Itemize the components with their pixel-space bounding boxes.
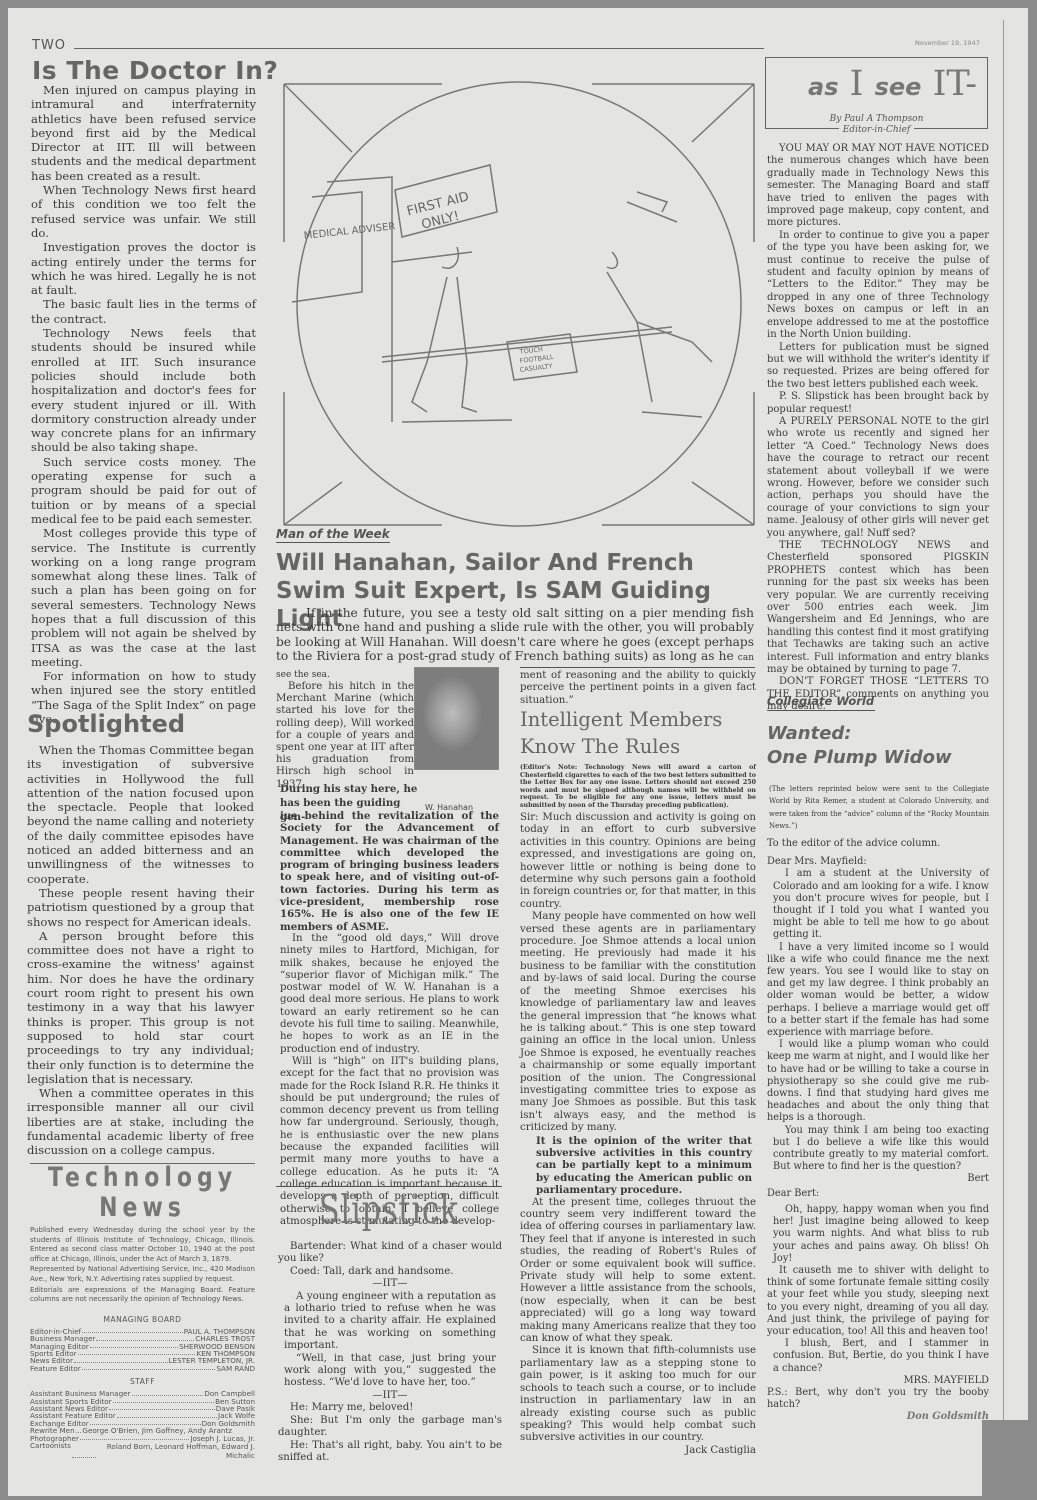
board-row: Feature EditorSAM RAND <box>30 1365 255 1372</box>
paragraph-emphasis: It is the opinion of the writer that sub… <box>520 1135 756 1197</box>
paragraph: Investigation proves the doctor is actin… <box>31 240 256 297</box>
column-byline: By Paul A Thompson Editor-in-Chief <box>765 114 988 136</box>
lead-rule <box>520 667 755 668</box>
title-part: IT- <box>933 64 978 104</box>
editorial-spotlighted-title: Spotlighted <box>27 710 185 738</box>
notice: Editorials are expressions of the Managi… <box>30 1286 255 1305</box>
man-of-week-kicker: Man of the Week <box>276 527 390 543</box>
paragraph: Oh, happy, happy woman when you find her… <box>767 1204 989 1265</box>
paragraph: I am a student at the University of Colo… <box>767 868 989 941</box>
role: Feature Editor <box>30 1365 81 1372</box>
letter-body: Sir: Much discussion and activity is goi… <box>520 812 756 1457</box>
paragraph: Many people have commented on how well v… <box>520 911 756 1134</box>
masthead: Technology News Published every Wednesda… <box>30 1163 255 1460</box>
letter-headline-line2: Know The Rules <box>520 733 722 760</box>
column-title: as I see IT- <box>808 64 977 104</box>
paragraph: These people resent having their patriot… <box>27 886 254 929</box>
letter-headline: Intelligent Members Know The Rules <box>520 706 722 760</box>
cartoon-illustration-icon: MEDICAL ADVISER FIRST AID ONLY! TOUCH FO… <box>282 62 756 527</box>
collegiate-world-note: (The letters reprinted below were sent t… <box>769 783 989 833</box>
managing-board-heading: MANAGING BOARD <box>30 1315 255 1324</box>
paragraph: Men injured on campus playing in intramu… <box>31 83 256 183</box>
editors-note: (Editor's Note: Technology News will awa… <box>520 764 756 810</box>
letter-headline-line1: Intelligent Members <box>520 706 722 733</box>
paragraph: The basic fault lies in the terms of the… <box>31 297 256 326</box>
lead-text: If in the future, you see a testy old sa… <box>276 606 754 663</box>
paragraph: In the “good old days,” Will drove ninet… <box>280 933 499 1056</box>
joke-line: A young engineer with a reputation as a … <box>278 1291 502 1353</box>
folio-rule <box>74 48 764 49</box>
signature: MRS. MAYFIELD <box>767 1375 989 1387</box>
credit: Don Goldsmith <box>767 1411 989 1423</box>
role: Cartoonists <box>30 1442 71 1460</box>
postscript: P.S.: Bert, why don't you try the booby … <box>767 1387 989 1411</box>
managing-board-list: Editor-in-ChiefPAUL A. THOMPSON Business… <box>30 1328 255 1372</box>
editorial-cartoon: MEDICAL ADVISER FIRST AID ONLY! TOUCH FO… <box>282 62 756 527</box>
paragraph: A PURELY PERSONAL NOTE to the girl who w… <box>767 416 989 540</box>
letter-signature: Jack Castiglia <box>520 1445 756 1457</box>
name: SAM RAND <box>216 1365 255 1372</box>
paragraph: Since it is known that fifth-columnists … <box>520 1345 756 1444</box>
issue-date: November 19, 1947 <box>915 39 980 47</box>
paragraph: A person brought before this committee d… <box>27 929 254 1086</box>
editorial-doctor-body: Men injured on campus playing in intramu… <box>31 83 256 726</box>
column-body: YOU MAY OR MAY NOT HAVE NOTICED the nume… <box>767 143 989 714</box>
name: Roland Born, Leonard Hoffman, Edward J. … <box>97 1442 255 1460</box>
name: Joseph J. Lucas, Jr. <box>190 1435 255 1442</box>
portrait-photo <box>414 667 499 770</box>
man-of-week-intro: Before his hitch in the Merchant Marine … <box>276 681 414 791</box>
paragraph: I have a very limited income so I would … <box>767 942 989 1040</box>
paragraph: P. S. Slipstick has been brought back by… <box>767 391 989 416</box>
to-line: To the editor of the advice column. <box>767 838 989 850</box>
staff-row: CartoonistsRoland Born, Leonard Hoffman,… <box>30 1442 255 1460</box>
paragraph: I blush, Bert, and I stammer in confusio… <box>767 1338 989 1375</box>
torn-corner <box>982 1420 1037 1500</box>
man-of-week-body: ius behind the revitalization of the Soc… <box>280 810 499 1228</box>
editorial-spotlighted-body: When the Thomas Committee began its inve… <box>27 743 254 1158</box>
joke-line: Coed: Tall, dark and handsome. <box>278 1266 502 1278</box>
paragraph: Technology News feels that students shou… <box>31 326 256 455</box>
joke-line: He: Marry me, beloved! <box>278 1402 502 1414</box>
paragraph: Most colleges provide this type of servi… <box>31 526 256 669</box>
editorial-doctor-title: Is The Doctor In? <box>32 56 278 85</box>
joke-line: She: But I'm only the garbage man's daug… <box>278 1415 502 1440</box>
salutation: Dear Mrs. Mayfield: <box>767 856 989 868</box>
notice: Published every Wednesday during the sch… <box>30 1226 255 1264</box>
paragraph: When a committee operates in this irresp… <box>27 1086 254 1157</box>
joke-line: “Well, in that case, just bring your wor… <box>278 1353 502 1390</box>
separator: —IIT— <box>278 1278 502 1290</box>
paragraph: I would like a plump woman who could kee… <box>767 1039 989 1124</box>
paragraph: ius behind the revitalization of the Soc… <box>280 810 499 933</box>
paragraph: It causeth me to shiver with delight to … <box>767 1265 989 1338</box>
man-of-week-continued: ment of reasoning and the ability to qui… <box>520 670 756 707</box>
paragraph: You may think I am being too exacting bu… <box>767 1125 989 1174</box>
paragraph: In order to continue to give you a paper… <box>767 230 989 342</box>
paragraph: Sir: Much discussion and activity is goi… <box>520 812 756 911</box>
signature: Bert <box>767 1173 989 1185</box>
paragraph: Before his hitch in the Merchant Marine … <box>276 681 414 791</box>
paragraph: When Technology News first heard of this… <box>31 183 256 240</box>
page-folio: TWO <box>32 38 66 53</box>
slipstick-title: Slipstick <box>276 1188 502 1234</box>
byline-role: Editor-in-Chief <box>839 125 915 136</box>
headline-line2: One Plump Widow <box>767 746 952 770</box>
collegiate-world-body: To the editor of the advice column. Dear… <box>767 838 989 1424</box>
collegiate-world-headline: Wanted: One Plump Widow <box>767 722 952 770</box>
title-part: as <box>808 73 838 101</box>
door-sign-text: MEDICAL ADVISER <box>303 221 396 242</box>
headline-line1: Wanted: <box>767 722 952 746</box>
joke-line: He: That's all right, baby. You ain't to… <box>278 1440 502 1465</box>
paragraph: When the Thomas Committee began its inve… <box>27 743 254 886</box>
collegiate-world-kicker: Collegiate World <box>767 694 875 711</box>
joke-line: Bartender: What kind of a chaser would y… <box>278 1241 502 1266</box>
paragraph: Such service costs money. The operating … <box>31 455 256 526</box>
byline-name: By Paul A Thompson <box>765 114 988 125</box>
paragraph: At the present time, colleges thruout th… <box>520 1197 756 1346</box>
staff-heading: STAFF <box>30 1377 255 1386</box>
notice: Represented by National Advertising Serv… <box>30 1265 255 1284</box>
paragraph: Letters for publication must be signed b… <box>767 342 989 392</box>
masthead-notices: Published every Wednesday during the sch… <box>30 1226 255 1305</box>
slipstick-jokes: Bartender: What kind of a chaser would y… <box>278 1241 502 1464</box>
page-edge-rule <box>1003 20 1004 1440</box>
paragraph: YOU MAY OR MAY NOT HAVE NOTICED the nume… <box>767 143 989 230</box>
paragraph: THE TECHNOLOGY NEWS and Chesterfield spo… <box>767 540 989 676</box>
title-part: I <box>850 64 864 104</box>
title-part: see <box>875 73 922 101</box>
masthead-title: Technology News <box>30 1163 255 1223</box>
separator: —IIT— <box>278 1390 502 1402</box>
staff-list: Assistant Business ManagerDon Campbell A… <box>30 1390 255 1460</box>
salutation: Dear Bert: <box>767 1188 989 1200</box>
